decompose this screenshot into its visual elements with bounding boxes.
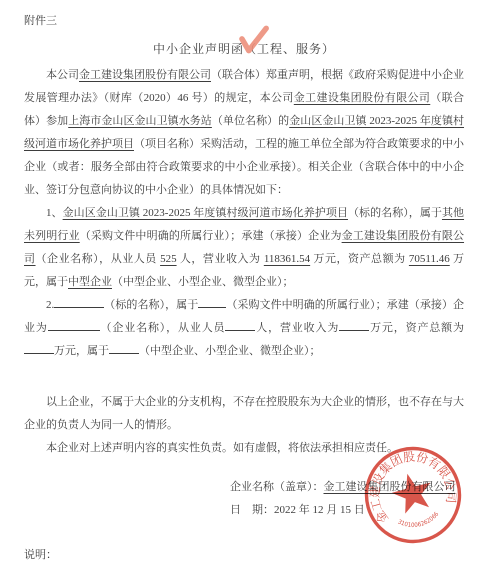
no-branch-statement: 以上企业，不属于大企业的分支机构，不存在控股股东为大企业的情形，也不存在与大企业…	[24, 391, 464, 437]
filled-field: 上海市金山区金山卫镇水务站	[68, 115, 212, 127]
filled-field: 金工建设集团股份有限公司	[79, 69, 211, 81]
red-checkmark-icon	[236, 22, 269, 57]
paragraph-text: 1、	[46, 207, 63, 219]
paragraph-text: 本公司	[46, 69, 79, 81]
filled-field: 金山区金山卫镇 2023-2025 年度镇村级河道市场化养护项目	[63, 207, 348, 219]
paragraph-text: （中型企业、小型企业、微型企业）；	[112, 276, 294, 288]
paragraph-text: （企业名称），从业人员	[100, 322, 226, 334]
paragraph-text: （单位名称）的	[212, 115, 289, 127]
paragraph-text: 人，营业收入为	[177, 253, 264, 265]
seal-star-icon	[388, 469, 436, 516]
declaration-paragraph: 本公司金工建设集团股份有限公司（联合体）郑重声明，根据《政府采购促进中小企业发展…	[24, 64, 464, 202]
seal-code-text: 3101006262066	[395, 508, 442, 534]
date-label: 日 期：	[230, 504, 274, 516]
declaration-document: 附件三 中小企业声明函（工程、服务） 本公司金工建设集团股份有限公司（联合体）郑…	[0, 0, 488, 562]
date-value: 2022 年 12 月 15 日	[274, 504, 365, 516]
paragraph-text: （企业名称），从业人员	[36, 253, 161, 265]
project-item-2: 2.（标的名称），属于（采购文件中明确的所属行业）；承建（承接）企业为（企业名称…	[24, 294, 464, 363]
paragraph-text: 2.	[46, 299, 54, 311]
paragraph-text: 万元，属于	[54, 345, 109, 357]
filled-field	[109, 342, 139, 354]
filled-field	[198, 296, 226, 308]
filled-field	[225, 319, 255, 331]
paragraph-text: （标的名称），属于	[348, 207, 442, 219]
filled-field: 中型企业	[68, 276, 112, 288]
paragraph-text: 万元，资产总额为	[369, 322, 464, 334]
filled-field	[48, 319, 100, 331]
project-item-1: 1、金山区金山卫镇 2023-2025 年度镇村级河道市场化养护项目（标的名称）…	[24, 202, 464, 294]
filled-field: 118361.54	[264, 253, 310, 265]
filled-field: 525	[160, 253, 177, 265]
filled-field	[339, 319, 369, 331]
company-label: 企业名称（盖章）：	[230, 481, 324, 493]
paragraph-text: 万元，资产总额为	[310, 253, 409, 265]
paragraph-text: （采购文件中明确的所属行业）；承建（承接）企业为	[80, 230, 342, 242]
filled-field: 70511.46	[409, 253, 450, 265]
paragraph-text: （标的名称），属于	[104, 299, 198, 311]
filled-field	[24, 342, 54, 354]
filled-field: 金工建设集团股份有限公司	[294, 92, 430, 104]
svg-text:3101006262066: 3101006262066	[395, 508, 442, 534]
paragraph-text: 人，营业收入为	[255, 322, 339, 334]
paragraph-text: （中型企业、小型企业、微型企业）；	[139, 345, 321, 357]
filled-field	[54, 296, 104, 308]
